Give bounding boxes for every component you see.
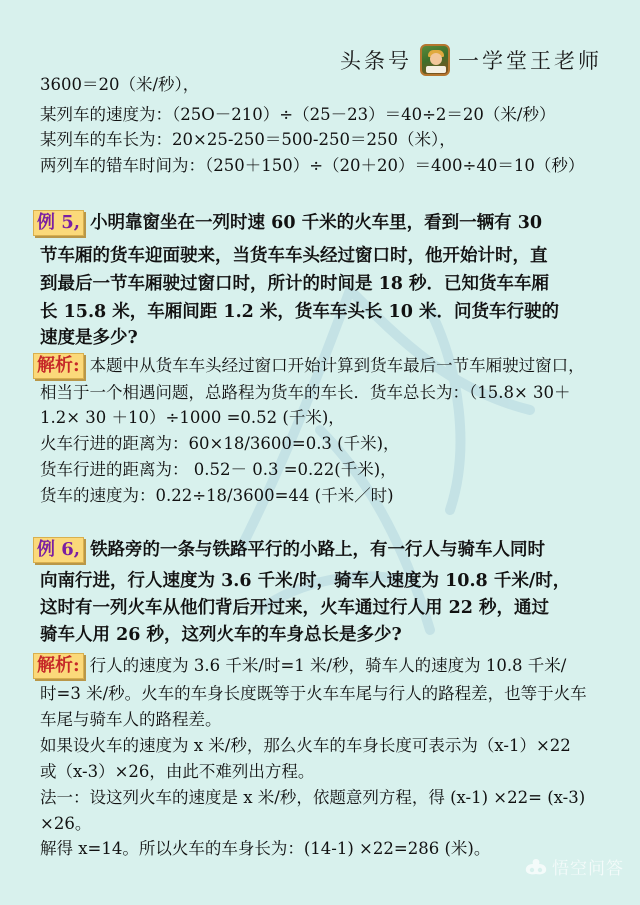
wukong-logo-text: 悟空问答 bbox=[552, 854, 624, 879]
example5-analysis-line: 货车行进的距离为： 0.52－ 0.3 =0.22(千米)， bbox=[40, 459, 397, 481]
header-author: 一学堂王老师 bbox=[458, 45, 602, 75]
example5-analysis-line: 解析:本题中从货车车头经过窗口开始计算到货车最后一节车厢驶过窗口， bbox=[33, 353, 585, 379]
example6-badge: 例 6, bbox=[33, 537, 84, 563]
example5-question-line: 节车厢的货车迎面驶来，当货车车头经过窗口时，他开始计时，直 bbox=[40, 245, 548, 267]
example5-question-line: 例 5,小明靠窗坐在一列时速 60 千米的火车里，看到一辆有 30 bbox=[33, 210, 542, 236]
example5-badge: 例 5, bbox=[33, 210, 84, 236]
example6-analysis-line: 如果设火车的速度为 x 米/秒，那么火车的车身长度可表示为（x-1）×22 bbox=[40, 735, 571, 757]
analysis-badge: 解析: bbox=[33, 353, 84, 379]
wukong-watermark: 悟空问答 bbox=[524, 854, 624, 879]
example5-analysis-line: 相当于一个相遇问题，总路程为货车的车长．货车总长为：（15.8× 30＋ bbox=[40, 382, 571, 404]
example6-analysis-line: 解析:行人的速度为 3.6 千米/时=1 米/秒，骑车人的速度为 10.8 千米… bbox=[33, 653, 566, 679]
text-line: 3600＝20（米/秒）， bbox=[40, 74, 199, 96]
example6-analysis-line: 解得 x=14。所以火车的车身长为：(14-1) ×22=286 (米)。 bbox=[40, 838, 490, 860]
example6-analysis-line: 法一：设这列火车的速度是 x 米/秒，依题意列方程，得 (x-1) ×22= (… bbox=[40, 787, 585, 809]
text-line: 两列车的错车时间为：（250＋150）÷（20＋20）＝400÷40＝10（秒） bbox=[40, 155, 584, 177]
example6-question-line: 这时有一列火车从他们背后开过来，火车通过行人用 22 秒，通过 bbox=[40, 597, 549, 619]
example5-analysis-line: 货车的速度为：0.22÷18/3600=44 (千米／时) bbox=[40, 485, 394, 507]
example6-analysis-line: ×26。 bbox=[40, 813, 91, 835]
example6-question-line: 骑车人用 26 秒，这列火车的车身总长是多少? bbox=[40, 624, 402, 646]
example5-question-line: 速度是多少? bbox=[40, 327, 138, 349]
example5-analysis-line: 1.2× 30 ＋10）÷1000 =0.52 (千米)， bbox=[40, 407, 345, 429]
header-prefix: 头条号 bbox=[340, 45, 412, 75]
example6-question-line: 例 6,铁路旁的一条与铁路平行的小路上，有一行人与骑车人同时 bbox=[33, 537, 545, 563]
teacher-avatar-icon bbox=[420, 44, 450, 76]
wukong-logo-icon bbox=[524, 858, 548, 876]
example6-analysis-line: 时=3 米/秒。火车的车身长度既等于火车车尾与行人的路程差，也等于火车 bbox=[40, 683, 587, 705]
example5-question-line: 到最后一节车厢驶过窗口时，所计的时间是 18 秒．已知货车车厢 bbox=[40, 273, 549, 295]
example5-analysis-line: 火车行进的距离为：60×18/3600=0.3 (千米)， bbox=[40, 433, 400, 455]
example6-question-line: 向南行进，行人速度为 3.6 千米/时，骑车人速度为 10.8 千米/时， bbox=[40, 570, 570, 592]
example6-analysis-line: 车尾与骑车人的路程差。 bbox=[40, 709, 222, 731]
analysis-badge: 解析: bbox=[33, 653, 84, 679]
example6-analysis-line: 或（x-3）×26，由此不难列出方程。 bbox=[40, 761, 314, 783]
author-header: 头条号 一学堂王老师 bbox=[340, 44, 602, 76]
text-line: 某列车的速度为：（25O－210）÷（25－23）＝40÷2＝20（米/秒） bbox=[40, 104, 555, 126]
text-line: 某列车的车长为：20×25-250＝500-250＝250（米）， bbox=[40, 129, 456, 151]
example5-question-line: 长 15.8 米，车厢间距 1.2 米，货车车头长 10 米．问货车行驶的 bbox=[40, 301, 559, 323]
